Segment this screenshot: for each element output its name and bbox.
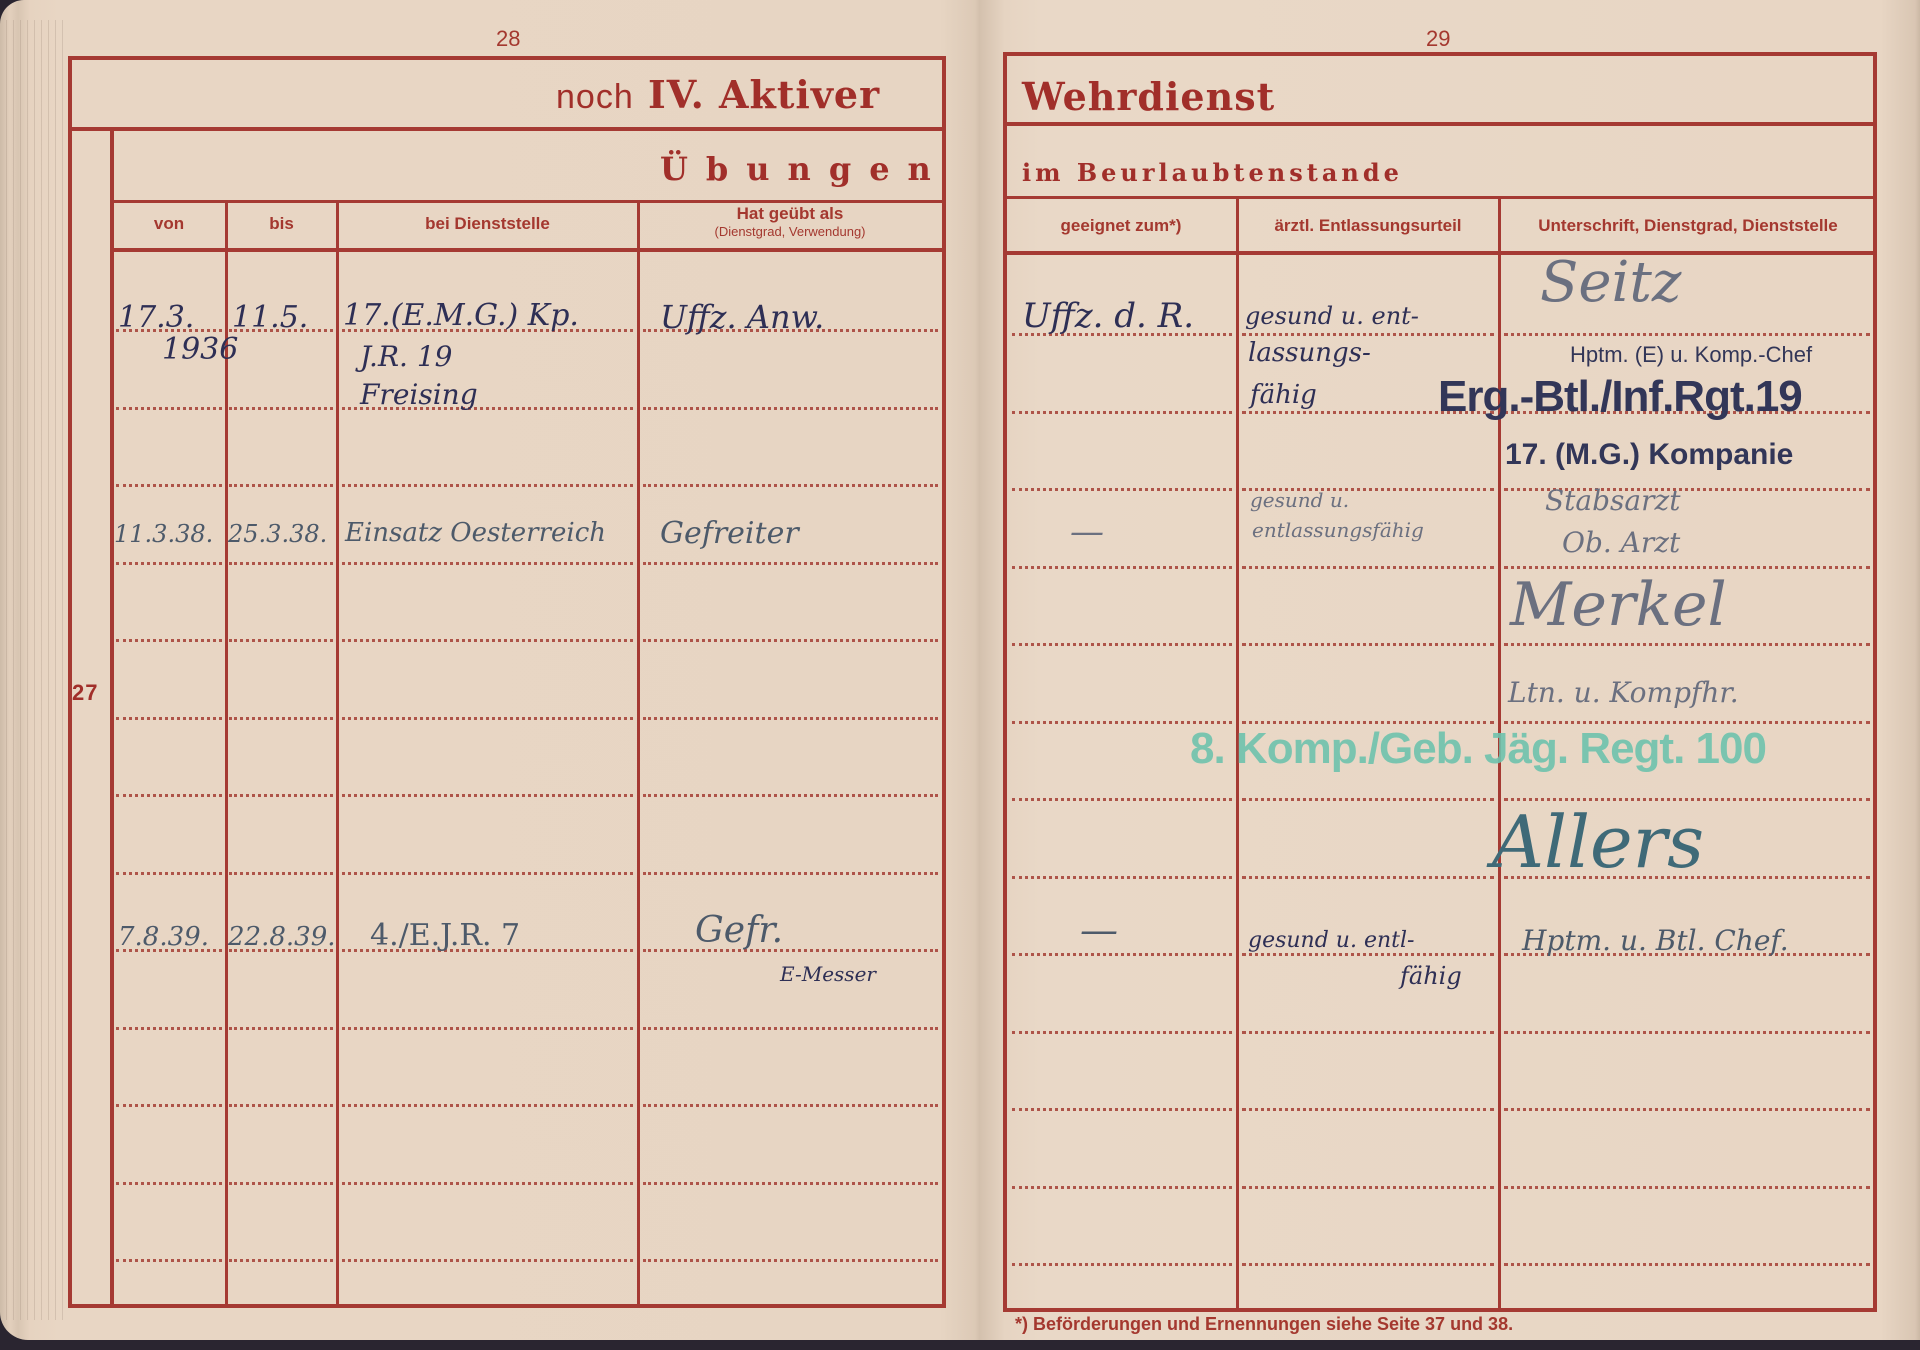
row-line — [229, 872, 333, 875]
cell-von: 17.3. — [118, 300, 194, 335]
row-line — [342, 794, 633, 797]
note-line1: Stabsarzt — [1545, 484, 1681, 517]
row-line — [1012, 798, 1232, 801]
row-line — [1242, 953, 1494, 956]
col-header-urteil: ärztl. Entlassungsurteil — [1240, 216, 1496, 236]
row-line — [342, 484, 633, 487]
cell-geeignet: — — [1070, 512, 1104, 552]
row-line — [116, 639, 222, 642]
footnote: *) Beförderungen und Ernennungen siehe S… — [1015, 1314, 1513, 1335]
title-band-divider — [68, 127, 946, 131]
row-line — [1242, 566, 1494, 569]
row-line — [116, 1027, 222, 1030]
row-line — [1242, 643, 1494, 646]
row-line — [1012, 566, 1232, 569]
margin-number: 27 — [72, 680, 98, 706]
cell-urteil-line2: fähig — [1400, 962, 1462, 990]
col-header-von: von — [114, 214, 224, 234]
cell-geuebt-als: Gefr. — [695, 910, 783, 951]
cell-geeignet: — — [1080, 908, 1118, 952]
rank-line: Ltn. u. Kompfhr. — [1508, 676, 1739, 709]
right-table-frame — [1003, 52, 1877, 1312]
cell-urteil: gesund u. ent- — [1245, 302, 1419, 330]
col-header-geeignet: geeignet zum*) — [1008, 216, 1234, 236]
row-line — [1012, 1263, 1232, 1266]
title-main: IV. Aktiver — [648, 72, 880, 117]
row-line — [116, 407, 222, 410]
cell-urteil-line3: fähig — [1250, 380, 1317, 410]
note-line2: Ob. Arzt — [1562, 526, 1680, 559]
row-line — [116, 1104, 222, 1107]
row-line — [1504, 333, 1870, 336]
col-header-geuebt-als-sublabel: (Dienstgrad, Verwendung) — [640, 224, 940, 239]
row-line — [116, 562, 222, 565]
row-line — [1504, 1108, 1870, 1111]
row-line — [1242, 1108, 1494, 1111]
title-band-divider — [1003, 122, 1877, 126]
col-header-unterschrift: Unterschrift, Dienstgrad, Dienststelle — [1502, 216, 1874, 236]
row-line — [1242, 333, 1494, 336]
row-line — [1242, 876, 1494, 879]
cell-geuebt-als-note: E-Messer — [780, 962, 876, 986]
right-title: Wehrdienst — [1022, 74, 1275, 119]
row-line — [1012, 953, 1232, 956]
header-row-divider — [110, 248, 946, 252]
row-line — [116, 484, 222, 487]
row-line — [1012, 1108, 1232, 1111]
row-line — [643, 1027, 938, 1030]
row-line — [643, 717, 938, 720]
col-divider-dienststelle-geuebt — [637, 200, 640, 1306]
col-header-geuebt-als-label: Hat geübt als — [737, 204, 844, 223]
row-line — [116, 1182, 222, 1185]
cell-urteil-line2: lassungs- — [1248, 338, 1371, 368]
stamp-title: Hptm. (E) u. Komp.-Chef — [1570, 342, 1812, 368]
row-line — [1242, 1263, 1494, 1266]
row-line — [1242, 1031, 1494, 1034]
row-line — [342, 1027, 633, 1030]
row-line — [229, 562, 333, 565]
row-line — [643, 872, 938, 875]
row-line — [342, 562, 633, 565]
row-line — [643, 562, 938, 565]
row-line — [1242, 1186, 1494, 1189]
row-line — [643, 949, 938, 952]
row-line — [229, 1104, 333, 1107]
cell-bis: 22.8.39. — [228, 922, 336, 952]
col-header-geuebt-als: Hat geübt als (Dienstgrad, Verwendung) — [640, 204, 940, 239]
cell-geeignet: Uffz. d. R. — [1022, 296, 1194, 336]
row-line — [116, 872, 222, 875]
cell-dienststelle-line2: J.R. 19 — [360, 340, 452, 373]
row-line — [342, 872, 633, 875]
cell-von: 7.8.39. — [118, 922, 209, 952]
stamp-green: 8. Komp./Geb. Jäg. Regt. 100 — [1190, 724, 1766, 774]
row-line — [342, 717, 633, 720]
row-line — [1012, 1186, 1232, 1189]
row-line — [643, 407, 938, 410]
section-title-beurlaubtenstande: im Beurlaubtenstande — [1022, 158, 1403, 187]
row-line — [229, 794, 333, 797]
row-line — [643, 1104, 938, 1107]
row-line — [116, 794, 222, 797]
col-divider-bis-dienststelle — [336, 200, 339, 1306]
row-line — [229, 639, 333, 642]
row-line — [1504, 643, 1870, 646]
cell-geuebt-als: Gefreiter — [660, 516, 799, 551]
left-title: noch IV. Aktiver — [556, 72, 880, 117]
row-line — [643, 484, 938, 487]
row-line — [643, 794, 938, 797]
cell-urteil: gesund u. — [1250, 488, 1349, 512]
row-line — [229, 1182, 333, 1185]
stamp-unit: Erg.-Btl./Inf.Rgt.19 — [1438, 372, 1802, 422]
left-table-frame — [68, 56, 946, 1308]
stamp-company: 17. (M.G.) Kompanie — [1505, 438, 1793, 472]
title-prefix: noch — [556, 78, 634, 116]
page-edges — [6, 20, 66, 1320]
cell-urteil: gesund u. entl- — [1248, 928, 1414, 953]
signature-3: Allers — [1492, 800, 1704, 884]
row-line — [1012, 1031, 1232, 1034]
cell-geuebt-als: Uffz. Anw. — [660, 298, 824, 336]
row-line — [116, 1259, 222, 1262]
cell-urteil-line2: entlassungsfähig — [1252, 518, 1424, 542]
cell-von-year: 1936 — [162, 332, 238, 367]
section-band-divider — [1003, 196, 1877, 199]
cell-dienststelle: 17.(E.M.G.) Kp. — [343, 298, 579, 333]
signature-2: Merkel — [1510, 570, 1727, 640]
row-line — [1504, 1263, 1870, 1266]
row-line — [1504, 566, 1870, 569]
cell-dienststelle-line3: Freising — [360, 378, 478, 411]
row-line — [342, 1104, 633, 1107]
page-number-right: 29 — [1426, 26, 1450, 52]
cell-bis: 25.3.38. — [228, 520, 327, 548]
row-line — [1012, 643, 1232, 646]
cell-von: 11.3.38. — [114, 520, 213, 548]
row-line — [1504, 1031, 1870, 1034]
section-title-uebungen: Übungen — [660, 150, 949, 188]
row-line — [643, 1182, 938, 1185]
row-line — [643, 1259, 938, 1262]
page-number-left: 28 — [496, 26, 520, 52]
cell-dienststelle: Einsatz Oesterreich — [345, 518, 606, 548]
row-line — [116, 717, 222, 720]
col-header-bis: bis — [228, 214, 335, 234]
row-line — [229, 1027, 333, 1030]
header-row-divider — [1003, 251, 1877, 255]
row-line — [1242, 798, 1494, 801]
row-line — [229, 484, 333, 487]
cell-dienststelle: 4./E.J.R. 7 — [370, 918, 520, 953]
row-line — [342, 639, 633, 642]
row-line — [229, 717, 333, 720]
row-line — [342, 1182, 633, 1185]
row-line — [643, 639, 938, 642]
rank-line: Hptm. u. Btl. Chef. — [1522, 924, 1789, 957]
col-header-dienststelle: bei Dienststelle — [339, 214, 636, 234]
row-line — [229, 1259, 333, 1262]
row-line — [342, 1259, 633, 1262]
row-line — [1012, 876, 1232, 879]
row-line — [1012, 411, 1232, 414]
section-band-divider — [110, 200, 946, 203]
margin-line — [110, 129, 114, 1307]
row-line — [229, 407, 333, 410]
signature-1: Seitz — [1540, 250, 1681, 315]
cell-bis: 11.5. — [232, 300, 308, 335]
row-line — [1504, 1186, 1870, 1189]
row-line — [1012, 488, 1232, 491]
